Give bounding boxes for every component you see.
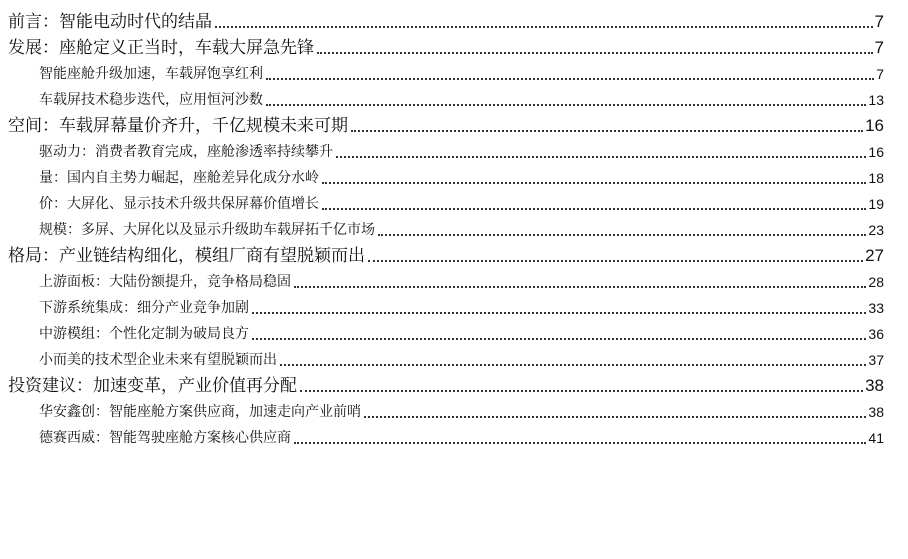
toc-entry-page: 38 xyxy=(865,376,884,398)
toc-subentry[interactable]: 量：国内自主势力崛起，座舱差异化成分水岭 18 xyxy=(8,164,884,190)
toc-subentry[interactable]: 下游系统集成：细分产业竞争加剧 33 xyxy=(8,294,884,320)
dot-leader xyxy=(215,26,873,28)
toc-entry-page: 41 xyxy=(868,428,884,450)
dot-leader xyxy=(252,338,866,340)
dot-leader xyxy=(280,364,866,366)
dot-leader xyxy=(317,52,873,54)
toc-entry-page: 27 xyxy=(865,246,884,268)
dot-leader xyxy=(364,416,866,418)
dot-leader xyxy=(336,156,866,158)
toc-entry-page: 23 xyxy=(868,220,884,242)
dot-leader xyxy=(294,286,866,288)
dot-leader xyxy=(322,208,866,210)
toc-entry-title: 德赛西威：智能驾驶座舱方案核心供应商 xyxy=(39,428,291,450)
toc-entry-title: 车载屏技术稳步迭代，应用恒河沙数 xyxy=(39,90,263,112)
dot-leader xyxy=(252,312,866,314)
dot-leader xyxy=(294,442,866,444)
toc-subentry[interactable]: 驱动力：消费者教育完成，座舱渗透率持续攀升 16 xyxy=(8,138,884,164)
toc-entry-page: 28 xyxy=(868,272,884,294)
dot-leader xyxy=(300,390,863,392)
toc-subentry[interactable]: 上游面板：大陆份额提升，竞争格局稳固 28 xyxy=(8,268,884,294)
toc-entry-page: 16 xyxy=(865,116,884,138)
toc-entry-investment[interactable]: 投资建议：加速变革，产业价值再分配 38 xyxy=(8,372,884,398)
toc-subentry[interactable]: 价：大屏化、显示技术升级共保屏幕价值增长 19 xyxy=(8,190,884,216)
toc-subentry[interactable]: 车载屏技术稳步迭代，应用恒河沙数 13 xyxy=(8,86,884,112)
toc-subentry[interactable]: 华安鑫创：智能座舱方案供应商，加速走向产业前哨 38 xyxy=(8,398,884,424)
toc-entry-page: 7 xyxy=(875,12,884,34)
toc-entry-page: 16 xyxy=(868,142,884,164)
toc-entry-title: 空间：车载屏幕量价齐升，千亿规模未来可期 xyxy=(8,116,348,138)
toc-entry-title: 下游系统集成：细分产业竞争加剧 xyxy=(39,298,249,320)
toc-subentry[interactable]: 智能座舱升级加速，车载屏饱享红利 7 xyxy=(8,60,884,86)
toc-entry-title: 格局：产业链结构细化，模组厂商有望脱颖而出 xyxy=(8,246,365,268)
toc-entry-title: 上游面板：大陆份额提升，竞争格局稳固 xyxy=(39,272,291,294)
toc-entry-page: 38 xyxy=(868,402,884,424)
toc-entry-title: 投资建议：加速变革，产业价值再分配 xyxy=(8,376,297,398)
dot-leader xyxy=(378,234,866,236)
toc-subentry[interactable]: 小而美的技术型企业未来有望脱颖而出 37 xyxy=(8,346,884,372)
toc-entry-landscape[interactable]: 格局：产业链结构细化，模组厂商有望脱颖而出 27 xyxy=(8,242,884,268)
toc-entry-page: 13 xyxy=(868,90,884,112)
toc-entry-title: 智能座舱升级加速，车载屏饱享红利 xyxy=(39,64,263,86)
toc-entry-space[interactable]: 空间：车载屏幕量价齐升，千亿规模未来可期 16 xyxy=(8,112,884,138)
toc-entry-page: 37 xyxy=(868,350,884,372)
toc-entry-title: 发展：座舱定义正当时，车载大屏急先锋 xyxy=(8,38,314,60)
toc-subentry[interactable]: 规模：多屏、大屏化以及显示升级助车载屏拓千亿市场 23 xyxy=(8,216,884,242)
toc-entry-title: 小而美的技术型企业未来有望脱颖而出 xyxy=(39,350,277,372)
toc-entry-page: 7 xyxy=(875,38,884,60)
toc-entry-title: 价：大屏化、显示技术升级共保屏幕价值增长 xyxy=(39,194,319,216)
toc-entry-page: 7 xyxy=(876,64,884,86)
table-of-contents: 前言：智能电动时代的结晶 7 发展：座舱定义正当时，车载大屏急先锋 7 智能座舱… xyxy=(8,8,884,450)
toc-subentry[interactable]: 德赛西威：智能驾驶座舱方案核心供应商 41 xyxy=(8,424,884,450)
toc-entry-preface[interactable]: 前言：智能电动时代的结晶 7 xyxy=(8,8,884,34)
toc-entry-page: 18 xyxy=(868,168,884,190)
toc-entry-page: 19 xyxy=(868,194,884,216)
toc-entry-title: 规模：多屏、大屏化以及显示升级助车载屏拓千亿市场 xyxy=(39,220,375,242)
toc-entry-title: 前言：智能电动时代的结晶 xyxy=(8,12,212,34)
dot-leader xyxy=(266,104,866,106)
toc-entry-title: 华安鑫创：智能座舱方案供应商，加速走向产业前哨 xyxy=(39,402,361,424)
toc-entry-title: 中游模组：个性化定制为破局良方 xyxy=(39,324,249,346)
dot-leader xyxy=(368,260,863,262)
toc-entry-page: 33 xyxy=(868,298,884,320)
toc-entry-title: 量：国内自主势力崛起，座舱差异化成分水岭 xyxy=(39,168,319,190)
toc-subentry[interactable]: 中游模组：个性化定制为破局良方 36 xyxy=(8,320,884,346)
dot-leader xyxy=(266,78,874,80)
dot-leader xyxy=(322,182,866,184)
dot-leader xyxy=(351,130,863,132)
toc-entry-page: 36 xyxy=(868,324,884,346)
toc-entry-development[interactable]: 发展：座舱定义正当时，车载大屏急先锋 7 xyxy=(8,34,884,60)
toc-entry-title: 驱动力：消费者教育完成，座舱渗透率持续攀升 xyxy=(39,142,333,164)
